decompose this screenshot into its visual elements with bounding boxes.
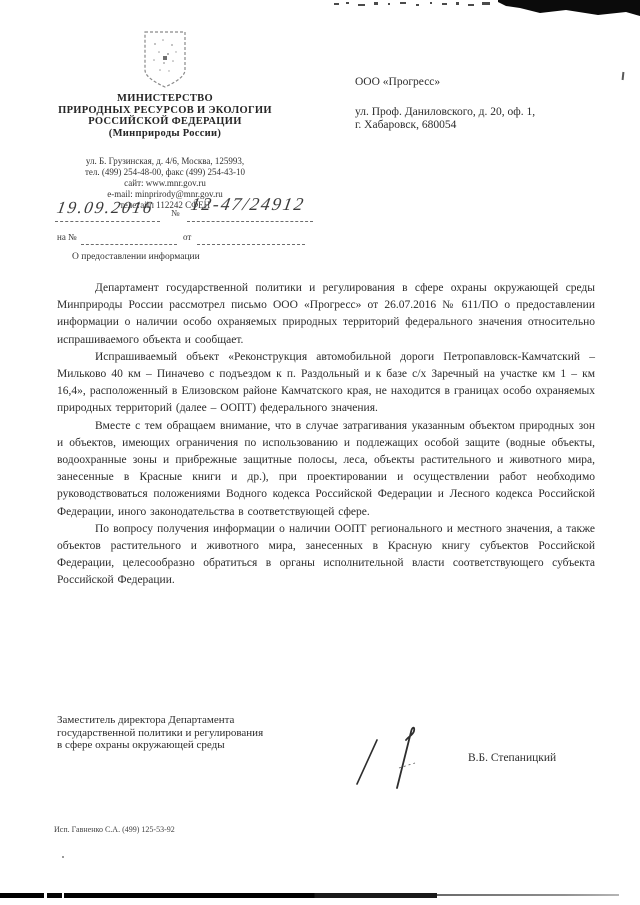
- position-line: в сфере охраны окружающей среды: [57, 739, 367, 752]
- incoming-ref-row: на № от: [55, 230, 335, 246]
- body-paragraph: Департамент государственной политики и р…: [57, 280, 595, 349]
- ministry-name: МИНИСТЕРСТВО ПРИРОДНЫХ РЕСУРСОВ И ЭКОЛОГ…: [25, 94, 305, 139]
- scan-speck: [622, 72, 625, 80]
- body-paragraph: По вопросу получения информации о наличи…: [57, 521, 595, 590]
- number-underline: [187, 220, 313, 222]
- executor-line: Исп. Гавненко С.А. (499) 125-53-92: [54, 825, 175, 834]
- scan-artifact-bottom-line: [0, 893, 437, 898]
- body-paragraph: Вместе с тем обращаем внимание, что в сл…: [57, 418, 595, 521]
- addressee-address-line1: ул. Проф. Даниловского, д. 20, оф. 1,: [355, 106, 610, 119]
- position-line: государственной политики и регулирования: [57, 727, 367, 740]
- ot-underline: [197, 243, 305, 245]
- na-number-label: на №: [57, 232, 77, 242]
- position-line: Заместитель директора Департамента: [57, 714, 367, 727]
- addressee-block: ООО «Прогресс» ул. Проф. Даниловского, д…: [355, 76, 610, 132]
- coat-of-arms-icon: [139, 30, 191, 90]
- number-sign: №: [171, 208, 180, 218]
- na-underline: [81, 243, 177, 245]
- scan-artifact-bottom-line-faint: [437, 894, 619, 896]
- contact-line-address: ул. Б. Грузинская, д. 4/6, Москва, 12599…: [25, 156, 305, 167]
- signer-name: В.Б. Степаницкий: [468, 752, 556, 764]
- scanned-letter-page: МИНИСТЕРСТВО ПРИРОДНЫХ РЕСУРСОВ И ЭКОЛОГ…: [0, 0, 640, 905]
- ot-label: от: [183, 232, 191, 242]
- handwritten-number: 12-47/24912: [189, 194, 307, 215]
- ministry-line: РОССИЙСКОЙ ФЕДЕРАЦИИ: [25, 117, 305, 128]
- letterhead: МИНИСТЕРСТВО ПРИРОДНЫХ РЕСУРСОВ И ЭКОЛОГ…: [25, 30, 305, 211]
- reference-block: 19.09.2016 № 12-47/24912 на № от: [55, 196, 335, 246]
- handwritten-signature: [345, 722, 440, 792]
- ministry-line: ПРИРОДНЫХ РЕСУРСОВ И ЭКОЛОГИИ: [25, 106, 305, 117]
- signer-position: Заместитель директора Департамента госуд…: [57, 714, 367, 752]
- body-paragraph: Испрашиваемый объект «Реконструкция авто…: [57, 349, 595, 418]
- addressee-address-line2: г. Хабаровск, 680054: [355, 119, 610, 132]
- outgoing-ref-row: 19.09.2016 № 12-47/24912: [55, 196, 335, 224]
- ministry-line: (Минприроды России): [25, 129, 305, 140]
- subject-line: О предоставлении информации: [72, 252, 200, 262]
- contact-line-site: сайт: www.mnr.gov.ru: [25, 178, 305, 189]
- handwritten-date: 19.09.2016: [55, 198, 155, 218]
- contact-line-phone: тел. (499) 254-48-00, факс (499) 254-43-…: [25, 167, 305, 178]
- scan-dot: [62, 856, 64, 858]
- ministry-line: МИНИСТЕРСТВО: [25, 94, 305, 105]
- scan-artifact-top-right: [330, 0, 640, 18]
- date-underline: [55, 220, 160, 222]
- letter-body: Департамент государственной политики и р…: [57, 280, 595, 590]
- addressee-name: ООО «Прогресс»: [355, 76, 610, 89]
